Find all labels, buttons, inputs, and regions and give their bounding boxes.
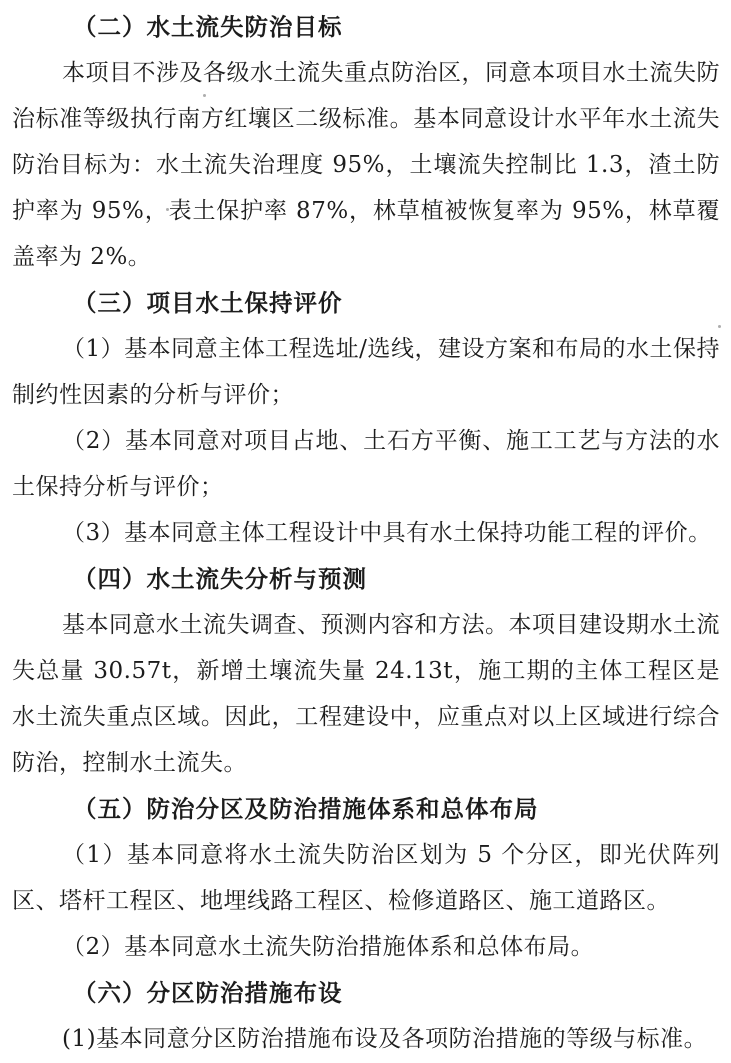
paragraph: (1)基本同意分区防治措施布设及各项防治措施的等级与标准。 [12,1016,720,1062]
paragraph: （1）基本同意主体工程选址/选线，建设方案和布局的水土保持制约性因素的分析与评价… [12,326,720,418]
section-heading: （四）水土流失分析与预测 [12,556,720,602]
section-project-evaluation: （三）项目水土保持评价 （1）基本同意主体工程选址/选线，建设方案和布局的水土保… [12,280,720,556]
scan-speck [718,325,721,328]
paragraph: 本项目不涉及各级水土流失重点防治区，同意本项目水土流失防治标准等级执行南方红壤区… [12,50,720,280]
scan-speck [166,208,169,211]
section-heading: （六）分区防治措施布设 [12,970,720,1016]
paragraph: 基本同意水土流失调查、预测内容和方法。本项目建设期水土流失总量 30.57t，新… [12,602,720,786]
paragraph: （1）基本同意将水土流失防治区划为 5 个分区，即光伏阵列区、塔杆工程区、地埋线… [12,832,720,924]
document-page: （二）水土流失防治目标 本项目不涉及各级水土流失重点防治区，同意本项目水土流失防… [0,0,731,1063]
section-analysis-prediction: （四）水土流失分析与预测 基本同意水土流失调查、预测内容和方法。本项目建设期水土… [12,556,720,786]
paragraph: （2）基本同意对项目占地、土石方平衡、施工工艺与方法的水土保持分析与评价； [12,418,720,510]
section-zoning-layout: （五）防治分区及防治措施体系和总体布局 （1）基本同意将水土流失防治区划为 5 … [12,786,720,970]
paragraph: （3）基本同意主体工程设计中具有水土保持功能工程的评价。 [12,510,720,556]
section-heading: （二）水土流失防治目标 [12,4,720,50]
scan-speck [203,94,206,97]
paragraph: （2）基本同意水土流失防治措施体系和总体布局。 [12,924,720,970]
section-heading: （三）项目水土保持评价 [12,280,720,326]
section-zone-measures: （六）分区防治措施布设 (1)基本同意分区防治措施布设及各项防治措施的等级与标准… [12,970,720,1062]
section-soil-loss-targets: （二）水土流失防治目标 本项目不涉及各级水土流失重点防治区，同意本项目水土流失防… [12,4,720,280]
section-heading: （五）防治分区及防治措施体系和总体布局 [12,786,720,832]
